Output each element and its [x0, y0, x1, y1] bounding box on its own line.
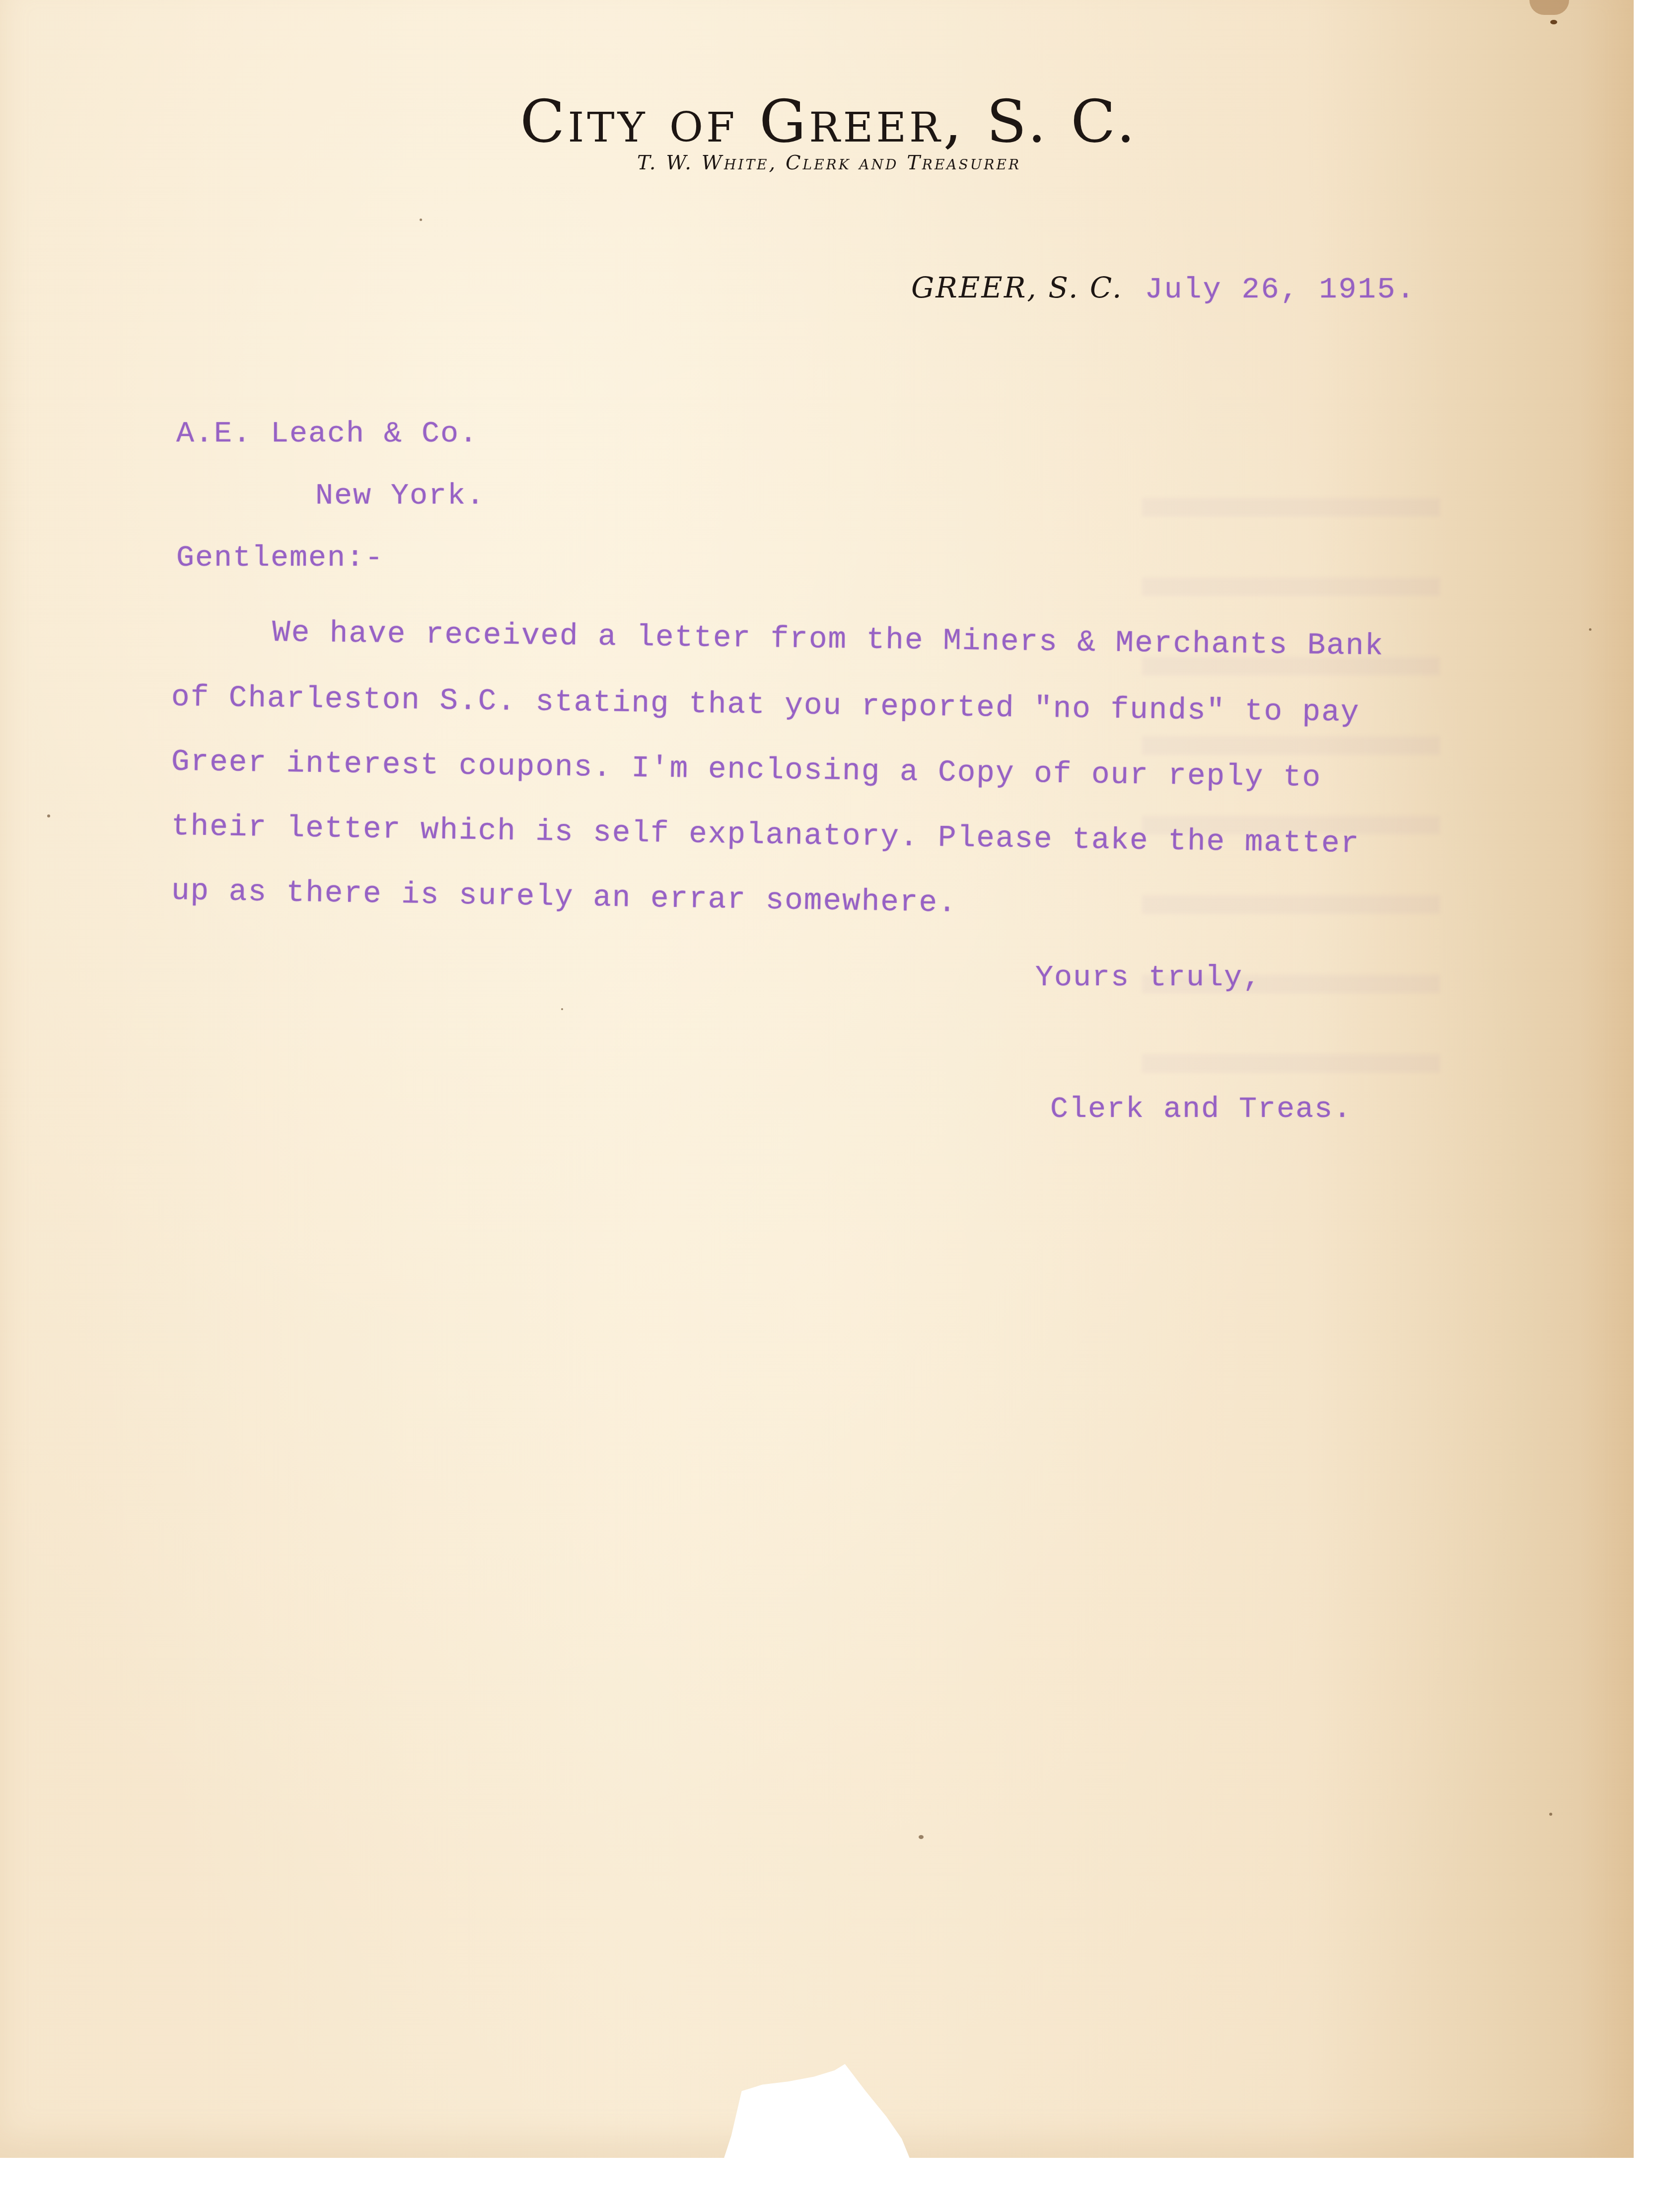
letterhead-title: City of Greer, S. C.	[0, 87, 1658, 155]
recipient-name: A.E. Leach & Co.	[176, 417, 478, 451]
signature-title: Clerk and Treas.	[1050, 1093, 1352, 1126]
letter-date: July 26, 1915.	[1145, 273, 1416, 307]
paper-edge-discoloration	[1579, 0, 1634, 2158]
recipient-city: New York.	[315, 479, 485, 513]
dateline-place: GREER, S. C.	[911, 271, 1123, 304]
salutation: Gentlemen:-	[176, 541, 384, 575]
dateline: GREER, S. C. July 26, 1915.	[911, 271, 1416, 307]
letterhead-subtitle: T. W. White, Clerk and Treasurer	[0, 151, 1658, 174]
paper-spot	[1550, 20, 1557, 24]
closing: Yours truly,	[1035, 961, 1262, 995]
